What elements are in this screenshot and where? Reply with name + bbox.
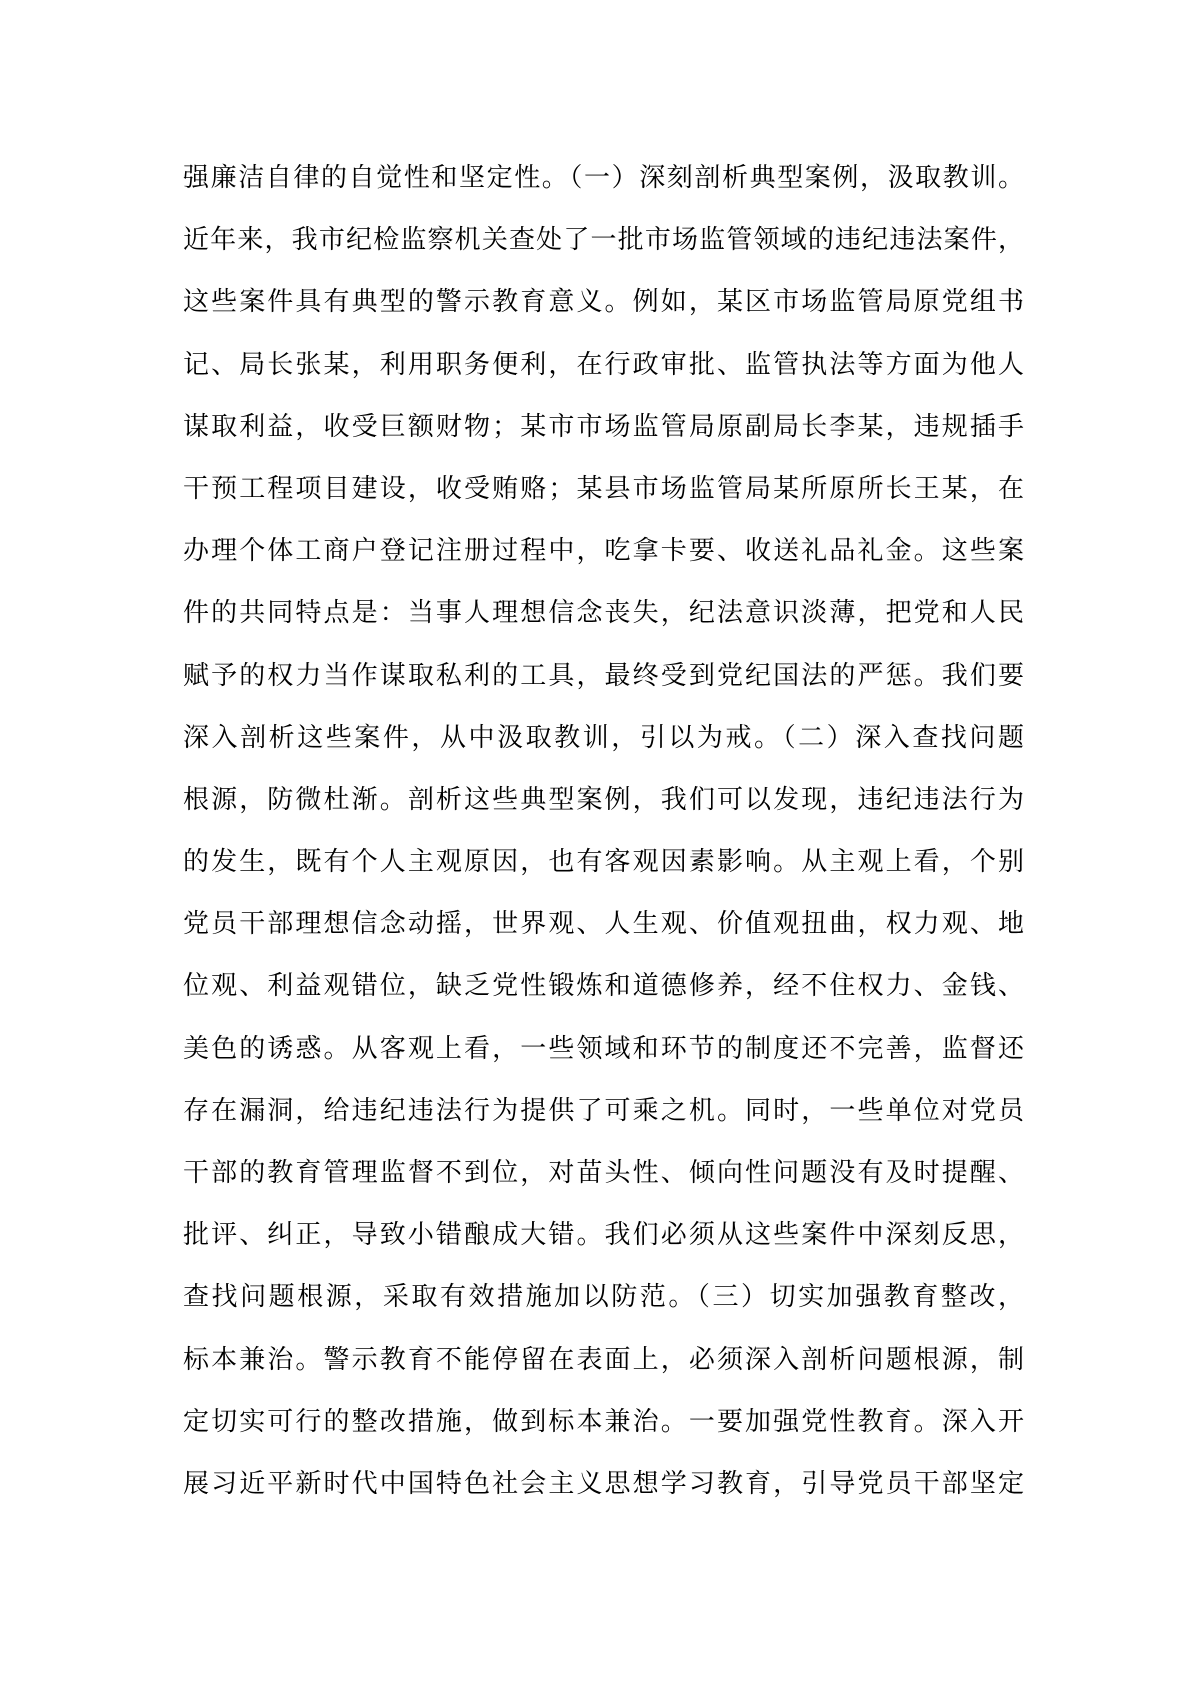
text-line: 查找问题根源，采取有效措施加以防范。（三）切实加强教育整改， [183,1266,1024,1328]
text-line: 强廉洁自律的自觉性和坚定性。（一）深刻剖析典型案例，汲取教训。 [183,147,1024,209]
text-line: 这些案件具有典型的警示教育意义。例如，某区市场监管局原党组书 [183,271,1024,333]
text-line: 位观、利益观错位，缺乏党性锻炼和道德修养，经不住权力、金钱、 [183,955,1024,1017]
text-line: 干预工程项目建设，收受贿赂；某县市场监管局某所原所长王某，在 [183,458,1024,520]
text-line: 赋予的权力当作谋取私利的工具，最终受到党纪国法的严惩。我们要 [183,645,1024,707]
text-line: 干部的教育管理监督不到位，对苗头性、倾向性问题没有及时提醒、 [183,1142,1024,1204]
text-line: 存在漏洞，给违纪违法行为提供了可乘之机。同时，一些单位对党员 [183,1080,1024,1142]
text-line: 件的共同特点是：当事人理想信念丧失，纪法意识淡薄，把党和人民 [183,582,1024,644]
text-line: 谋取利益，收受巨额财物；某市市场监管局原副局长李某，违规插手 [183,396,1024,458]
text-line: 定切实可行的整改措施，做到标本兼治。一要加强党性教育。深入开 [183,1391,1024,1453]
text-line: 根源，防微杜渐。剖析这些典型案例，我们可以发现，违纪违法行为 [183,769,1024,831]
document-body-text: 强廉洁自律的自觉性和坚定性。（一）深刻剖析典型案例，汲取教训。近年来，我市纪检监… [183,147,1024,1515]
text-line: 深入剖析这些案件，从中汲取教训，引以为戒。（二）深入查找问题 [183,707,1024,769]
text-line: 批评、纠正，导致小错酿成大错。我们必须从这些案件中深刻反思， [183,1204,1024,1266]
text-line: 标本兼治。警示教育不能停留在表面上，必须深入剖析问题根源，制 [183,1329,1024,1391]
text-line: 办理个体工商户登记注册过程中，吃拿卡要、收送礼品礼金。这些案 [183,520,1024,582]
document-page: 强廉洁自律的自觉性和坚定性。（一）深刻剖析典型案例，汲取教训。近年来，我市纪检监… [0,0,1190,1683]
text-line: 展习近平新时代中国特色社会主义思想学习教育，引导党员干部坚定 [183,1453,1024,1515]
text-line: 美色的诱惑。从客观上看，一些领域和环节的制度还不完善，监督还 [183,1018,1024,1080]
text-line: 党员干部理想信念动摇，世界观、人生观、价值观扭曲，权力观、地 [183,893,1024,955]
text-line: 的发生，既有个人主观原因，也有客观因素影响。从主观上看，个别 [183,831,1024,893]
text-line: 近年来，我市纪检监察机关查处了一批市场监管领域的违纪违法案件， [183,209,1024,271]
text-line: 记、局长张某，利用职务便利，在行政审批、监管执法等方面为他人 [183,334,1024,396]
